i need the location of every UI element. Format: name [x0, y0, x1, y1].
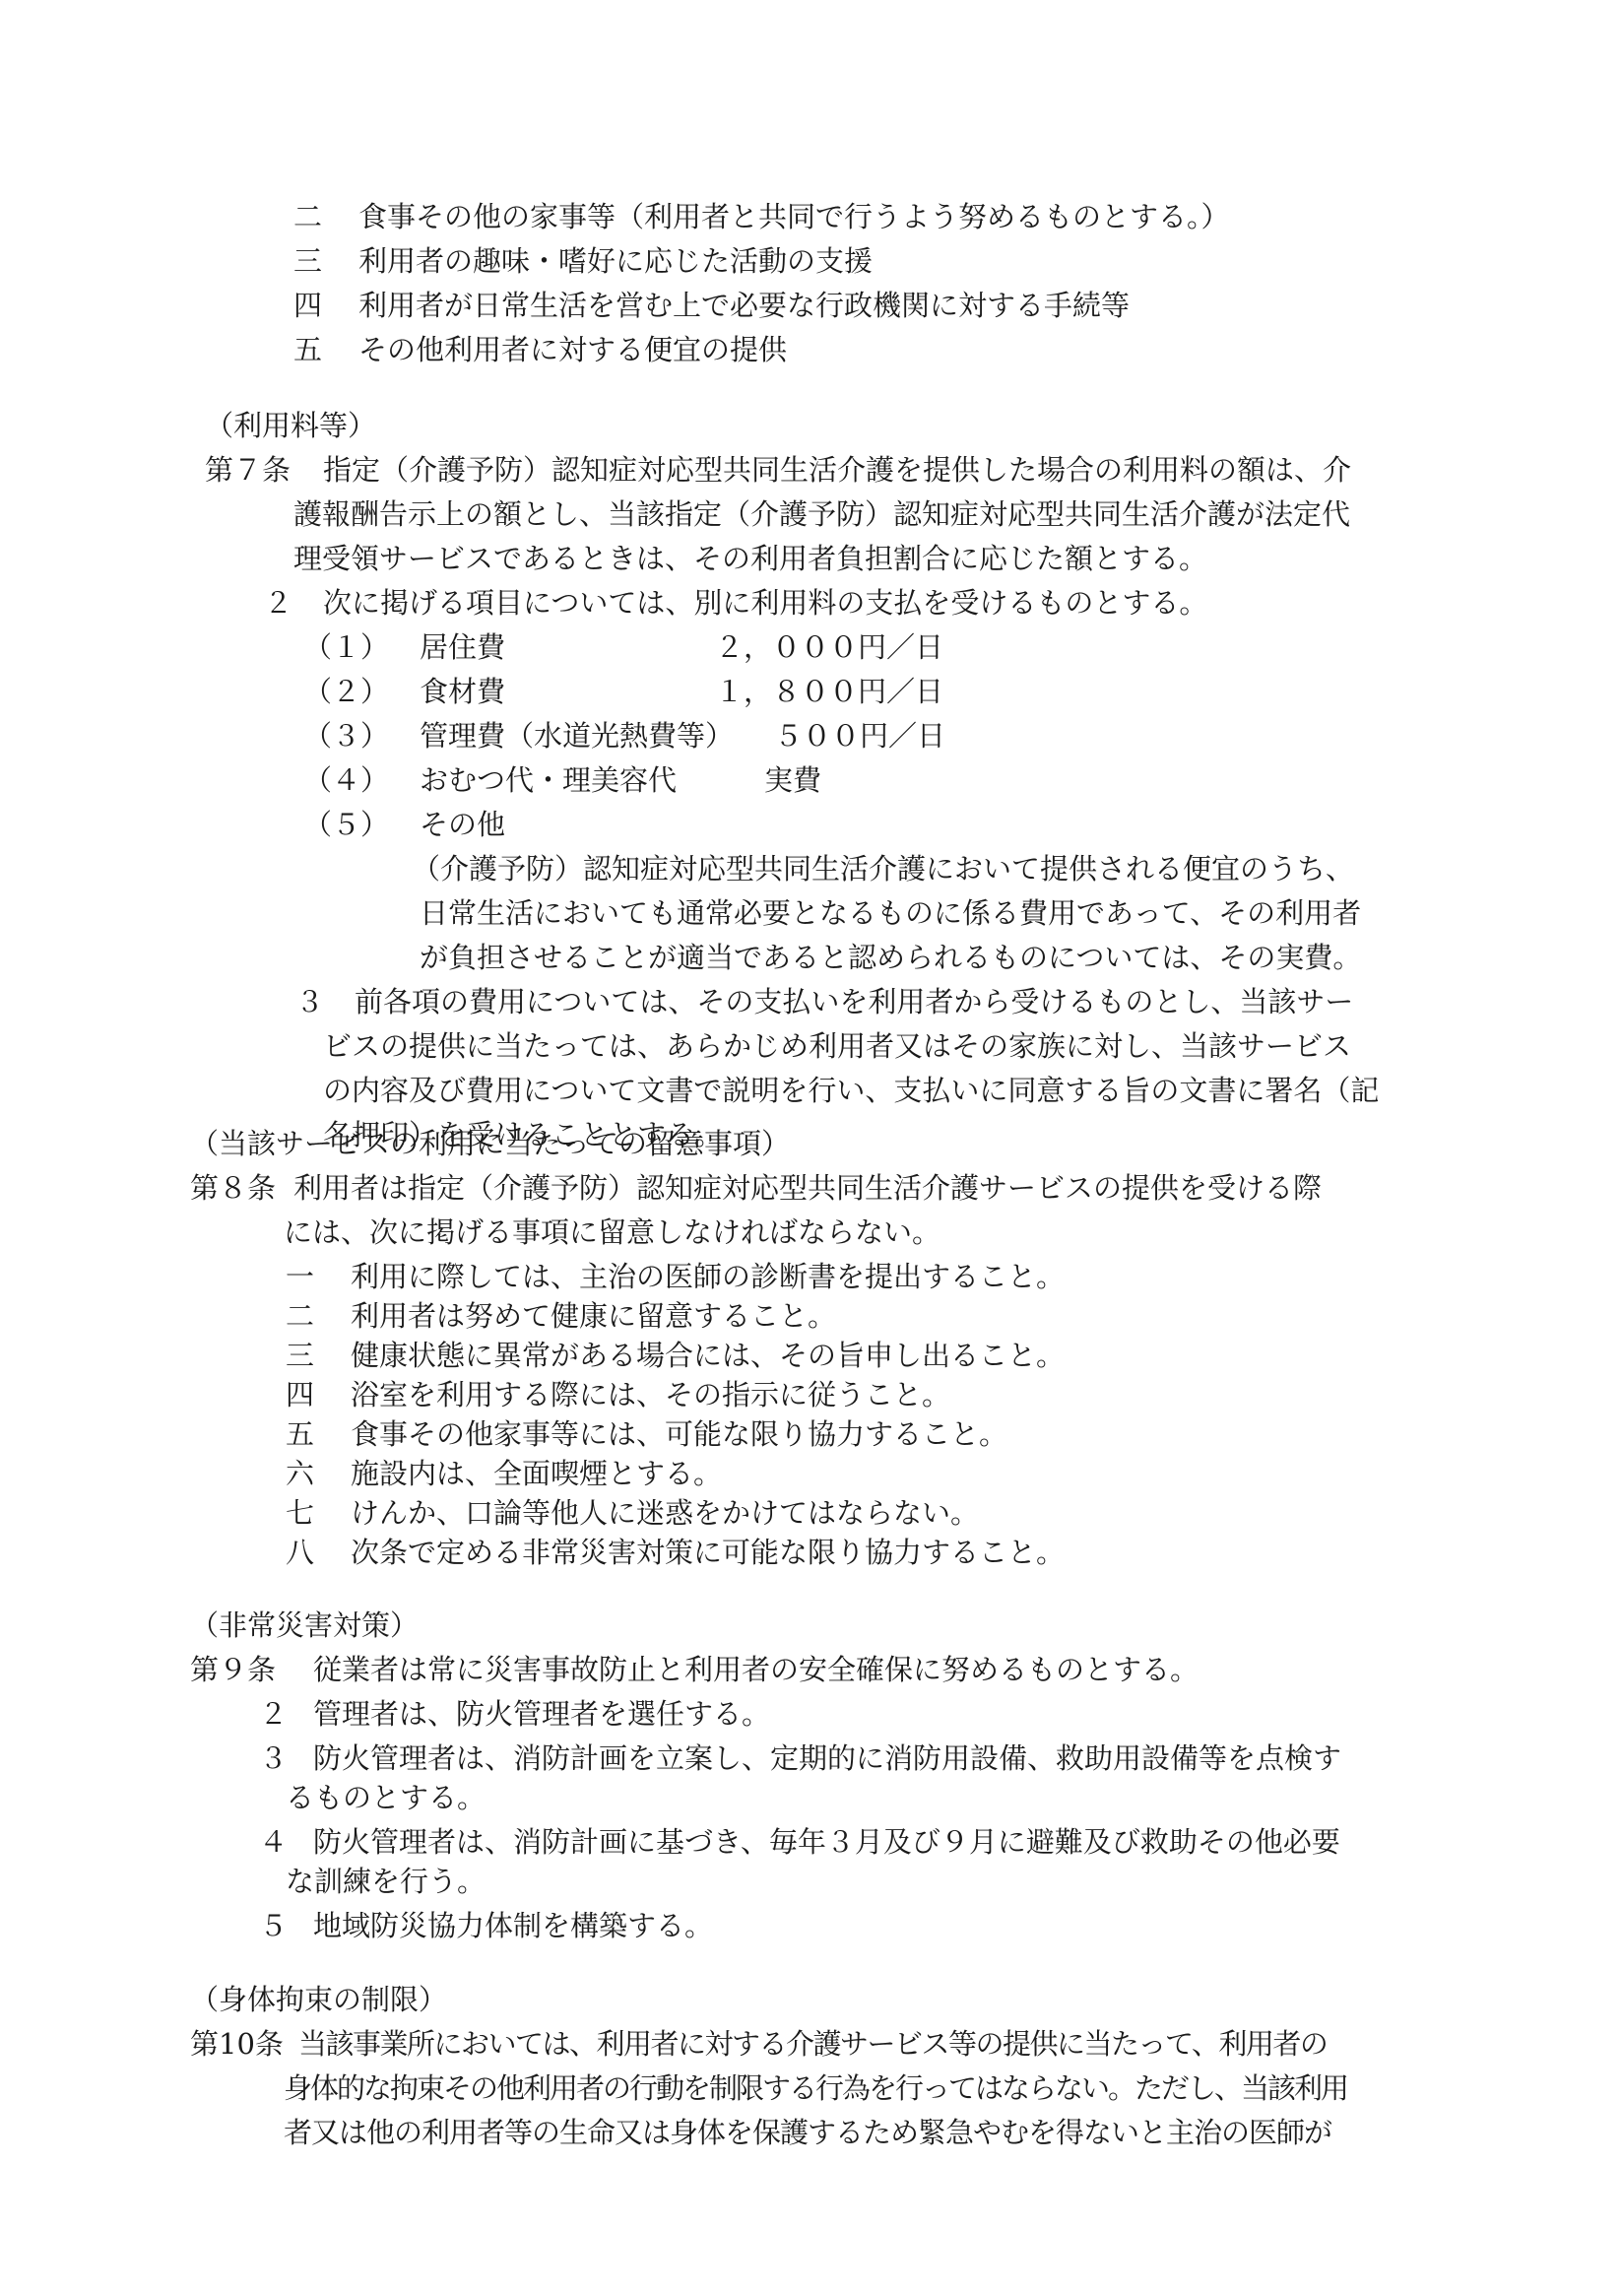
article7-heading: （利用料等）	[205, 406, 376, 445]
fee-number: （５）	[303, 805, 389, 844]
fee-other-line: 日常生活においても通常必要となるものに係る費用であって、その利用者	[420, 893, 1361, 933]
article9-para-line: るものとする。	[286, 1778, 486, 1817]
fee-amount: １，８００円／日	[715, 672, 943, 711]
list-item: 四利用者が日常生活を営む上で必要な行政機関に対する手続等	[293, 286, 1130, 325]
fee-row: （４） おむつ代・理美容代 実費	[303, 760, 1190, 800]
list-item: 七けんか、口論等他人に迷惑をかけてはならない。	[286, 1493, 979, 1533]
item-number: 六	[286, 1454, 351, 1493]
fee-other-line: （介護予防）認知症対応型共同生活介護において提供される便宜のうち、	[412, 849, 1354, 888]
item-text: 浴室を利用する際には、その指示に従うこと。	[351, 1378, 950, 1411]
article9-para: ２管理者は、防火管理者を選任する。	[259, 1694, 770, 1734]
item-number: 二	[286, 1296, 351, 1336]
item-number: 七	[286, 1493, 351, 1533]
fee-row: （３） 管理費（水道光熱費等） ５００円／日	[303, 716, 1190, 755]
list-item: 五その他利用者に対する便宜の提供	[293, 330, 787, 369]
article7-para2: ２次に掲げる項目については、別に利用料の支払を受けるものとする。	[264, 583, 1207, 623]
article10-heading: （身体拘束の制限）	[190, 1980, 447, 2019]
article-label: 第８条	[190, 1168, 293, 1208]
list-item: 三健康状態に異常がある場合には、その旨申し出ること。	[286, 1336, 1065, 1375]
article8-heading: （当該サービスの利用に当たっての留意事項）	[190, 1124, 790, 1163]
list-item: 一利用に際しては、主治の医師の診断書を提出すること。	[286, 1257, 1065, 1296]
item-text: 次条で定める非常災害対策に可能な限り協力すること。	[351, 1536, 1065, 1569]
article7-para3-line: の内容及び費用について文書で説明を行い、支払いに同意する旨の文書に署名（記	[323, 1071, 1379, 1110]
article9-para: ５地域防災協力体制を構築する。	[259, 1906, 713, 1945]
para-number: ４	[259, 1822, 313, 1862]
article7-line: 第７条指定（介護予防）認知症対応型共同生活介護を提供した場合の利用料の額は、介	[205, 450, 1351, 490]
item-text: 利用者の趣味・嗜好に応じた活動の支援	[358, 244, 873, 278]
item-number: 八	[286, 1533, 351, 1572]
article-label: 第10条	[190, 2024, 298, 2064]
fee-amount: ５００円／日	[774, 716, 945, 755]
fee-item: おむつ代・理美容代	[420, 760, 677, 800]
article7-para3: ３前各項の費用については、その支払いを利用者から受けるものとし、当該サー	[295, 982, 1353, 1021]
fee-item: 居住費	[420, 627, 505, 667]
item-number: 三	[286, 1336, 351, 1375]
article7-para3-line: ビスの提供に当たっては、あらかじめ利用者又はその家族に対し、当該サービス	[323, 1026, 1351, 1066]
article9-heading: （非常災害対策）	[190, 1606, 419, 1645]
fee-amount: 実費	[764, 760, 821, 800]
item-number: 四	[293, 286, 358, 325]
fee-amount: ２，０００円／日	[715, 627, 943, 667]
item-text: 食事その他家事等には、可能な限り協力すること。	[351, 1417, 1007, 1451]
item-text: 利用者は努めて健康に留意すること。	[351, 1299, 836, 1333]
article10-line: 第10条当該事業所においては、利用者に対する介護サービス等の提供に当たって、利用…	[190, 2024, 1327, 2064]
list-item: 二利用者は努めて健康に留意すること。	[286, 1296, 836, 1336]
article10-line: 身体的な拘束その他利用者の行動を制限する行為を行ってはならない。ただし、当該利用	[284, 2068, 1347, 2108]
article8-line: には、次に掲げる事項に留意しなければならない。	[284, 1213, 940, 1252]
list-item: 八次条で定める非常災害対策に可能な限り協力すること。	[286, 1533, 1065, 1572]
fee-row: （２） 食材費 １，８００円／日	[303, 672, 1190, 711]
fee-row: （５） その他	[303, 805, 1190, 844]
article-label: 第７条	[205, 450, 323, 490]
list-item: 二食事その他の家事等（利用者と共同で行うよう努めるものとする。）	[293, 197, 1230, 236]
article9-para: ４防火管理者は、消防計画に基づき、毎年３月及び９月に避難及び救助その他必要	[259, 1822, 1340, 1862]
article8-line: 第８条利用者は指定（介護予防）認知症対応型共同生活介護サービスの提供を受ける際	[190, 1168, 1322, 1208]
item-text: 施設内は、全面喫煙とする。	[351, 1457, 722, 1490]
list-item: 四浴室を利用する際には、その指示に従うこと。	[286, 1375, 950, 1414]
article10-line: 者又は他の利用者等の生命又は身体を保護するため緊急やむを得ないと主治の医師が	[284, 2113, 1331, 2152]
article-label: 第９条	[190, 1650, 313, 1689]
article7-line: 護報酬告示上の額とし、当該指定（介護予防）認知症対応型共同生活介護が法定代	[293, 494, 1350, 534]
item-text: その他利用者に対する便宜の提供	[358, 333, 787, 366]
document-page: 二食事その他の家事等（利用者と共同で行うよう努めるものとする。） 三利用者の趣味…	[0, 0, 1621, 2296]
article7-line: 理受領サービスであるときは、その利用者負担割合に応じた額とする。	[293, 539, 1207, 578]
para-number: ３	[295, 982, 355, 1021]
list-item: 五食事その他家事等には、可能な限り協力すること。	[286, 1414, 1007, 1454]
fee-number: （３）	[303, 716, 389, 755]
para-number: ２	[264, 583, 323, 623]
article9-para-line: な訓練を行う。	[286, 1862, 486, 1901]
item-number: 四	[286, 1375, 351, 1414]
item-text: 利用者が日常生活を営む上で必要な行政機関に対する手続等	[358, 289, 1130, 322]
fee-item: 食材費	[420, 672, 505, 711]
para-number: ３	[259, 1738, 313, 1778]
fee-number: （４）	[303, 760, 389, 800]
fee-row: （１） 居住費 ２，０００円／日	[303, 627, 1190, 667]
item-text: 利用に際しては、主治の医師の診断書を提出すること。	[351, 1260, 1065, 1293]
fee-number: （１）	[303, 627, 389, 667]
article9-line: 第９条従業者は常に災害事故防止と利用者の安全確保に努めるものとする。	[190, 1650, 1199, 1689]
item-number: 三	[293, 241, 358, 281]
fee-item: その他	[420, 805, 505, 844]
item-number: 二	[293, 197, 358, 236]
item-number: 一	[286, 1257, 351, 1296]
item-text: けんか、口論等他人に迷惑をかけてはならない。	[351, 1496, 979, 1530]
item-text: 健康状態に異常がある場合には、その旨申し出ること。	[351, 1339, 1065, 1372]
item-number: 五	[286, 1414, 351, 1454]
fee-number: （２）	[303, 672, 389, 711]
article9-para: ３防火管理者は、消防計画を立案し、定期的に消防用設備、救助用設備等を点検す	[259, 1738, 1341, 1778]
para-number: ２	[259, 1694, 313, 1734]
list-item: 三利用者の趣味・嗜好に応じた活動の支援	[293, 241, 873, 281]
item-number: 五	[293, 330, 358, 369]
para-number: ５	[259, 1906, 313, 1945]
fee-item: 管理費（水道光熱費等）	[420, 716, 734, 755]
fee-other-line: が負担させることが適当であると認められるものについては、その実費。	[420, 938, 1361, 977]
item-text: 食事その他の家事等（利用者と共同で行うよう努めるものとする。）	[358, 200, 1230, 233]
list-item: 六施設内は、全面喫煙とする。	[286, 1454, 722, 1493]
